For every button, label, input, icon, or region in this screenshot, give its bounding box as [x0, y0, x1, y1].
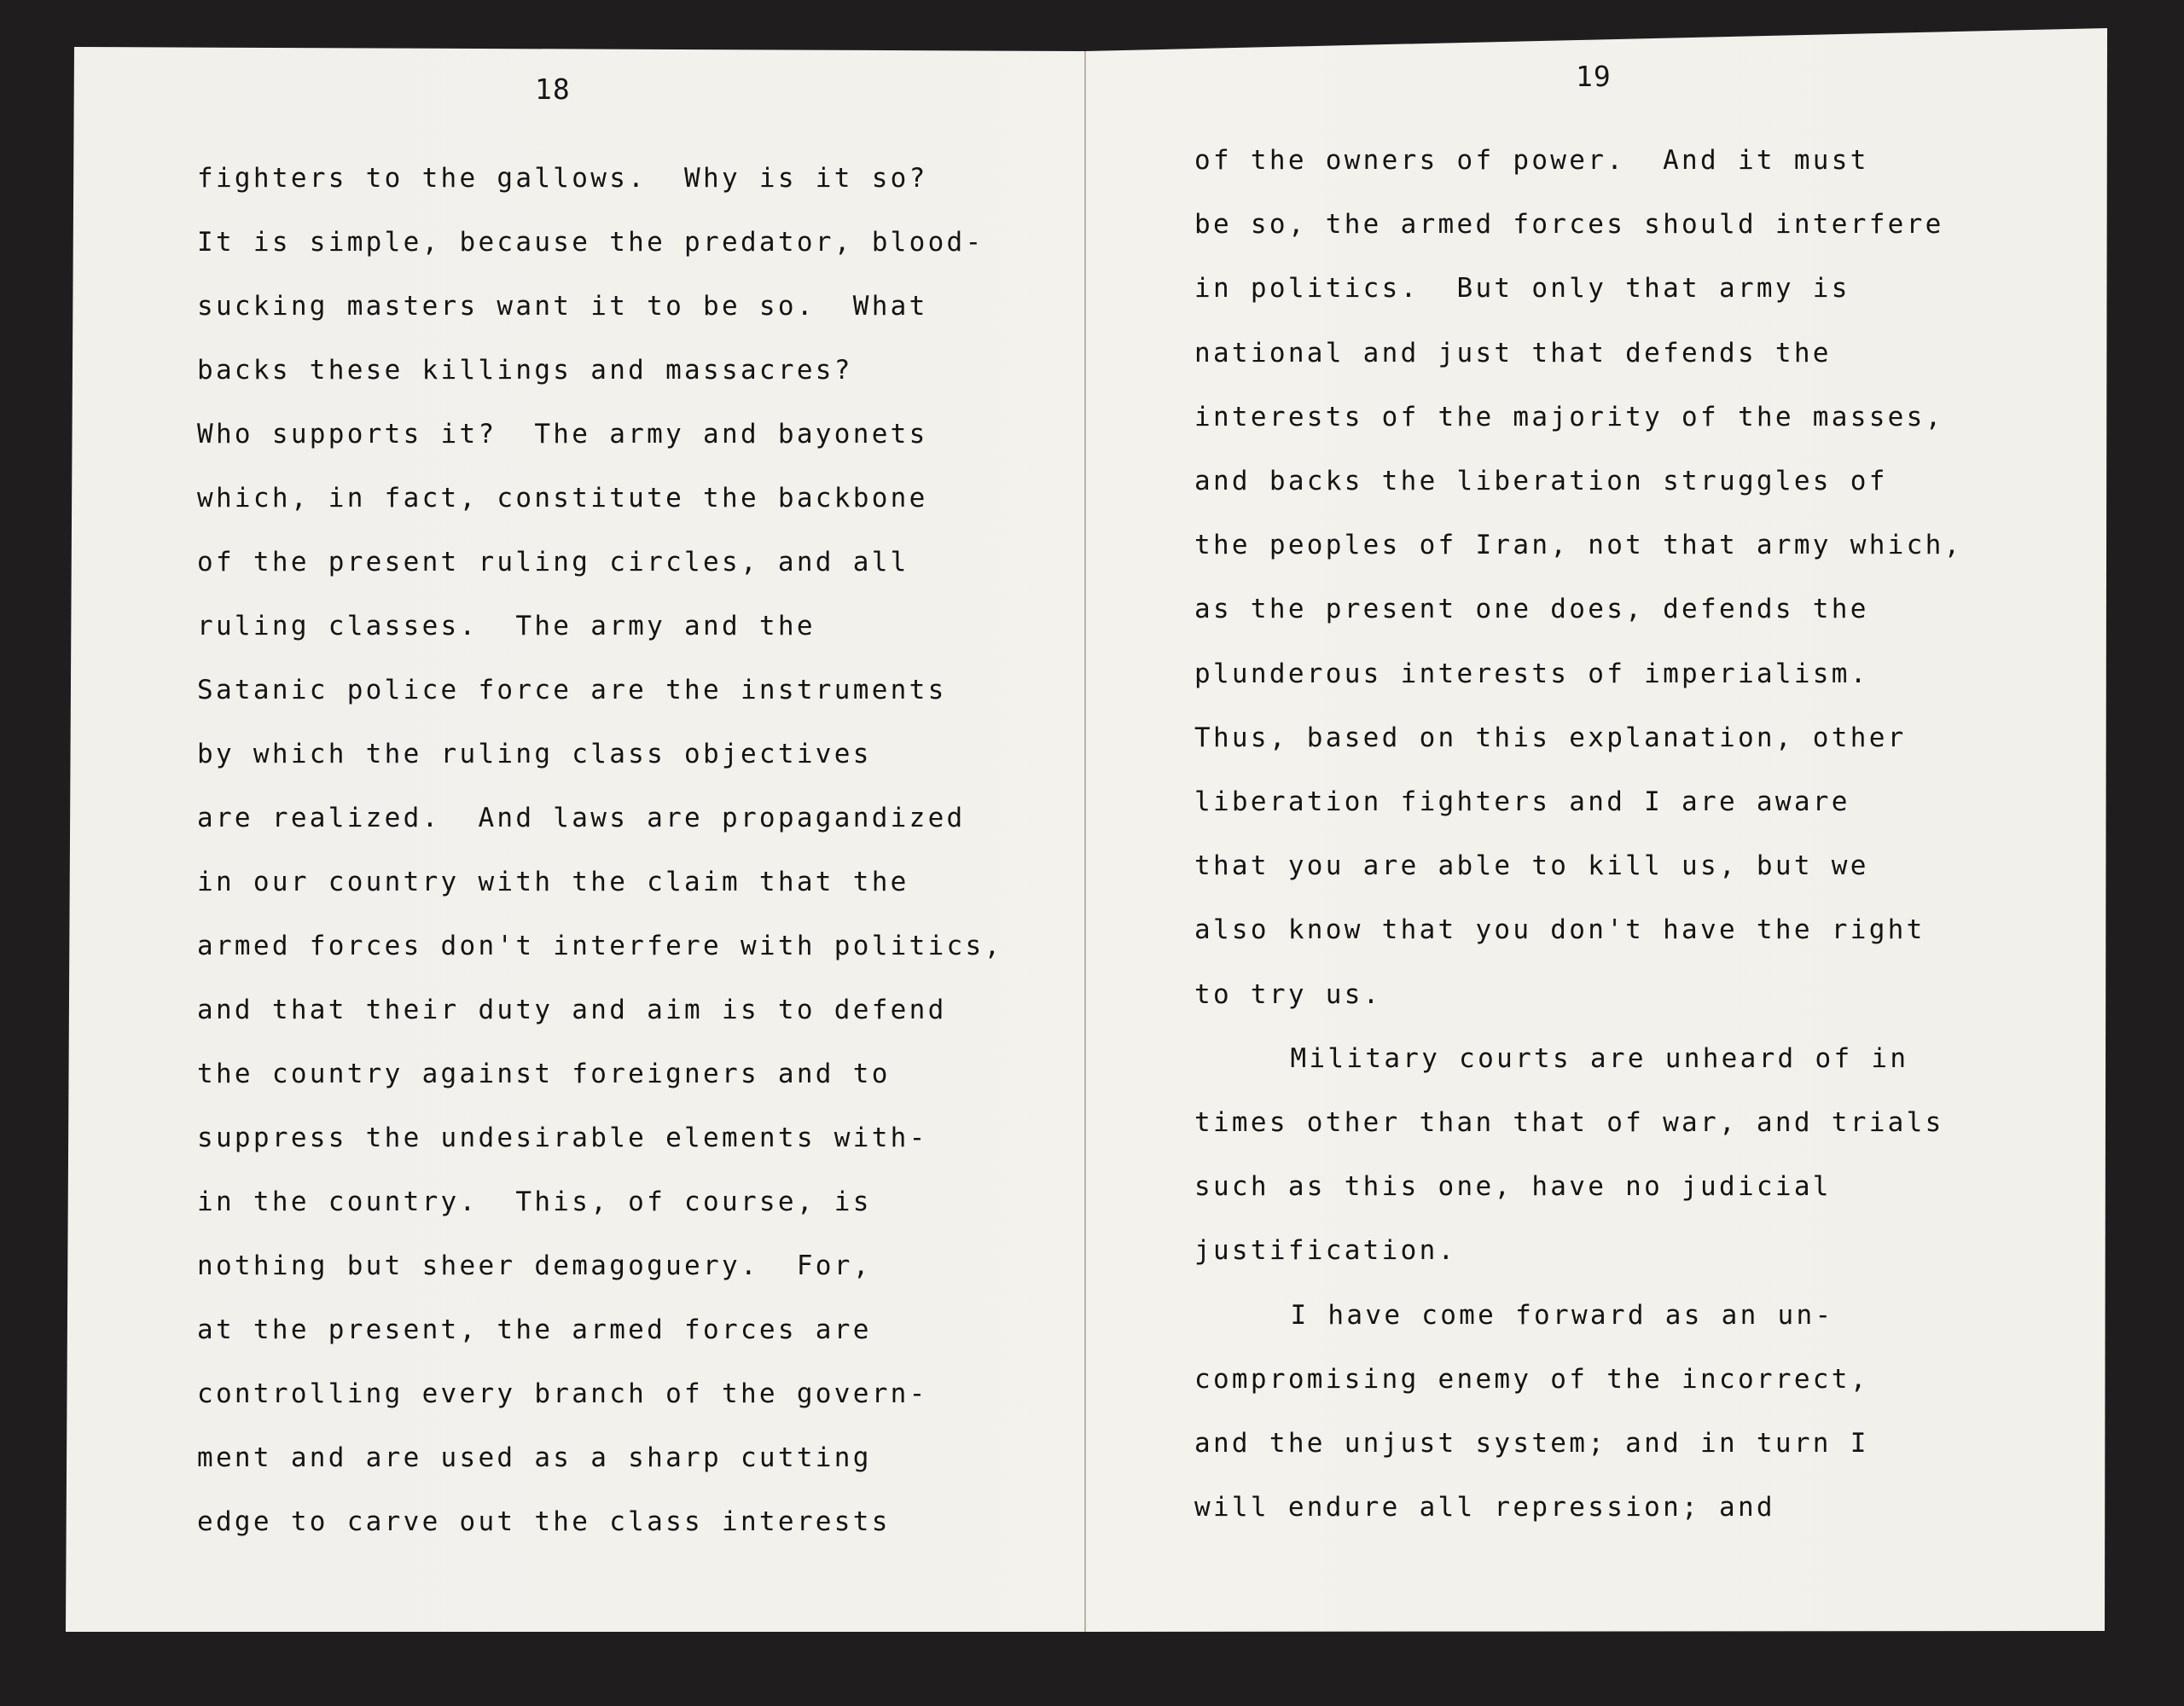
text-line: Satanic police force are the instruments	[197, 673, 947, 707]
text-line: also know that you don't have the right	[1194, 913, 1926, 947]
text-line: suppress the undesirable elements with-	[197, 1121, 928, 1155]
text-line: plunderous interests of imperialism.	[1194, 657, 1869, 691]
text-line: armed forces don't interfere with politi…	[197, 929, 1002, 963]
text-line: of the owners of power. And it must	[1194, 143, 1869, 177]
text-line: It is simple, because the predator, bloo…	[197, 225, 984, 259]
text-line: edge to carve out the class interests	[197, 1505, 891, 1539]
text-line: which, in fact, constitute the backbone	[197, 481, 928, 515]
text-line: at the present, the armed forces are	[197, 1313, 872, 1347]
text-line: to try us.	[1194, 978, 1382, 1012]
text-line: of the present ruling circles, and all	[197, 545, 909, 579]
text-line: and the unjust system; and in turn I	[1194, 1426, 1869, 1460]
text-line: times other than that of war, and trials	[1194, 1105, 1944, 1140]
text-line: and that their duty and aim is to defend	[197, 993, 947, 1027]
text-line: justification.	[1194, 1233, 1457, 1268]
text-line: that you are able to kill us, but we	[1194, 849, 1869, 883]
page-number-right: 19	[1576, 62, 1612, 90]
text-line: are realized. And laws are propagandized	[197, 801, 966, 835]
text-line: by which the ruling class objectives	[197, 737, 872, 771]
text-line: Thus, based on this explanation, other	[1194, 721, 1907, 755]
text-line: controlling every branch of the govern-	[197, 1377, 928, 1411]
text-line: nothing but sheer demagoguery. For,	[197, 1249, 872, 1283]
text-line: and backs the liberation struggles of	[1194, 464, 1888, 498]
text-line: Military courts are unheard of in	[1291, 1042, 1909, 1076]
text-line: compromising enemy of the incorrect,	[1194, 1362, 1869, 1396]
text-line: national and just that defends the	[1194, 336, 1832, 370]
book-spine	[1084, 51, 1086, 1632]
text-line: as the present one does, defends the	[1194, 592, 1869, 626]
text-line: in politics. But only that army is	[1194, 271, 1850, 305]
text-line: in the country. This, of course, is	[197, 1185, 872, 1219]
text-line: ruling classes. The army and the	[197, 609, 816, 643]
text-line: such as this one, have no judicial	[1194, 1169, 1832, 1204]
text-line: I have come forward as an un-	[1291, 1298, 1834, 1332]
text-line: the country against foreigners and to	[197, 1057, 891, 1091]
text-line: be so, the armed forces should interfere	[1194, 207, 1944, 241]
text-line: liberation fighters and I are aware	[1194, 785, 1850, 819]
text-line: in our country with the claim that the	[197, 865, 909, 899]
text-line: Who supports it? The army and bayonets	[197, 417, 928, 451]
text-line: will endure all repression; and	[1194, 1490, 1775, 1524]
page-number-left: 18	[535, 75, 571, 103]
text-line: backs these killings and massacres?	[197, 353, 853, 387]
text-line: fighters to the gallows. Why is it so?	[197, 161, 928, 195]
text-line: sucking masters want it to be so. What	[197, 289, 928, 323]
text-line: ment and are used as a sharp cutting	[197, 1441, 872, 1475]
text-line: interests of the majority of the masses,	[1194, 400, 1944, 434]
text-line: the peoples of Iran, not that army which…	[1194, 528, 1963, 562]
